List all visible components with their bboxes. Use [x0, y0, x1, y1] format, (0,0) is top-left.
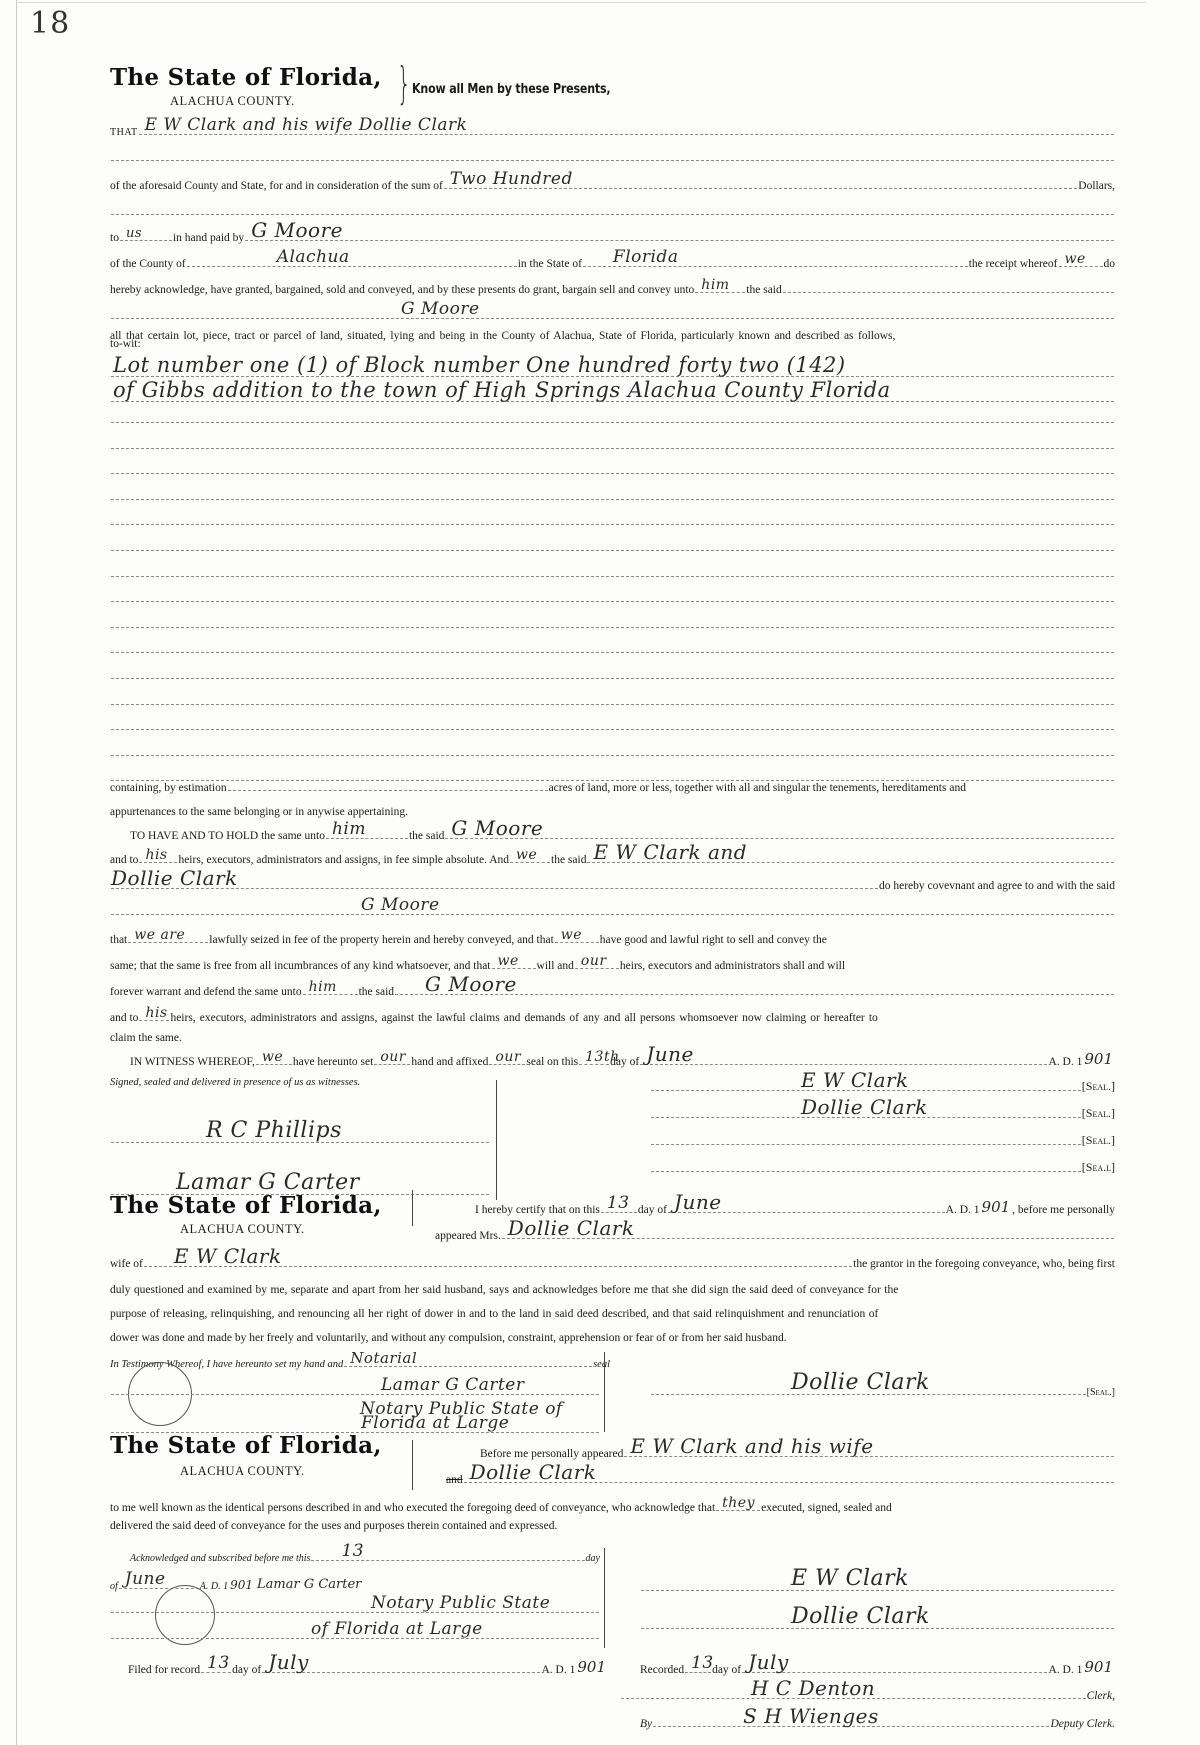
notary-brace [604, 1352, 605, 1432]
brace-3 [412, 1440, 413, 1490]
known-line: to me well known as the identical person… [110, 1494, 1115, 1514]
against-text: heirs, executors, administrators and ass… [170, 1012, 877, 1024]
wife-of-hw: E W Clark [174, 1246, 282, 1266]
the-said-label: the said [746, 284, 781, 296]
recorded-ad: A. D. 1 [1048, 1664, 1082, 1676]
joint-signature-line-2: Dollie Clark [640, 1612, 1115, 1632]
consideration-text: of the aforesaid County and State, for a… [110, 180, 443, 192]
blank-line [110, 406, 1115, 426]
forever-grantee-hw: G Moore [425, 974, 517, 994]
wife-day-hw: 13 [607, 1195, 630, 1212]
incumbrances-line: same; that the same is free from all inc… [110, 952, 1115, 972]
clerk-label: Clerk, [1087, 1690, 1115, 1702]
and-hw: we [516, 848, 537, 862]
joint-signature-1: E W Clark [791, 1568, 909, 1590]
grantor-sig-line-2: Dollie Clark [Seal.] [650, 1101, 1115, 1121]
will-and-text: will and [537, 960, 574, 972]
recorded-label: Recorded [640, 1664, 684, 1676]
ack-notary-line-3: of Florida at Large [110, 1622, 600, 1642]
grantee-line: G Moore [110, 302, 1115, 322]
containing-label: containing, by estimation [110, 782, 227, 794]
blank-line [110, 198, 1115, 218]
before-label: Before me personally appeared [480, 1448, 623, 1460]
wife-of-line: wife of E W Clark the grantor in the for… [110, 1250, 1115, 1270]
wife-year-hw: 901 [982, 1198, 1011, 1216]
covenantors-hw-1: E W Clark and [593, 842, 747, 862]
hand-label: hand and affixed [411, 1056, 488, 1068]
and-to-hw: his [145, 848, 167, 862]
ack-month-hw: June [125, 1571, 166, 1588]
same-hw-2: our [581, 954, 607, 968]
and-line: and Dollie Clark [446, 1466, 1115, 1486]
same-text: same; that the same is free from all inc… [110, 960, 491, 972]
sum-hw: Two Hundred [450, 171, 573, 188]
witness-day-hw: 13th [585, 1050, 619, 1064]
blank-line [110, 739, 1115, 759]
deputy-hw: S H Wienges [743, 1706, 879, 1726]
to-hw: us [126, 227, 142, 240]
blank-line [110, 144, 1115, 164]
brace-2 [412, 1190, 413, 1226]
heirs-shall-text: heirs, executors and administrators shal… [620, 960, 845, 972]
wife-body-line-3: dower was done and made by her freely an… [110, 1324, 1115, 1344]
witness-hw-1: we [262, 1050, 283, 1064]
recorded-line: Recorded 13 day of July A. D. 1 901 [640, 1656, 1115, 1676]
certify-text: I hereby certify that on this [475, 1204, 600, 1216]
recorded-year-hw: 901 [1084, 1658, 1113, 1676]
wife-body-text: duly questioned and examined by me, sepa… [110, 1284, 898, 1296]
wife-month-hw: June [674, 1192, 722, 1212]
grantor-signature-2: Dollie Clark [801, 1097, 928, 1117]
consideration-line: of the aforesaid County and State, for a… [110, 172, 1115, 192]
blank-line [110, 560, 1115, 580]
grantors-hw: E W Clark and his wife Dollie Clark [145, 117, 468, 134]
wife-of-label: wife of [110, 1258, 143, 1270]
to-wit-label: to-wit: [110, 338, 141, 350]
habendum-hw: him [332, 821, 366, 838]
joint-signature-line-1: E W Clark [640, 1574, 1115, 1594]
testimony-hw: Notarial [350, 1351, 417, 1366]
they-hw: they [722, 1496, 755, 1510]
blank-line [110, 457, 1115, 477]
covenantors-hw-2: Dollie Clark [111, 868, 238, 888]
grantor-sig-line-3: [Seal.] [650, 1128, 1115, 1148]
signed-text: Signed, sealed and delivered in presence… [110, 1077, 360, 1088]
covenant-text: do hereby covevnant and agree to and wit… [879, 880, 1115, 892]
delivered-line: delivered the said deed of conveyance fo… [110, 1512, 1115, 1532]
heirs-line: and to his heirs, executors, administrat… [110, 846, 1115, 866]
notary-line-1: Lamar G Carter [110, 1378, 600, 1398]
before-me-text: , before me personally [1012, 1204, 1115, 1216]
deputy-line: By S H Wienges Deputy Clerk. [640, 1710, 1115, 1730]
deputy-label: Deputy Clerk. [1050, 1718, 1115, 1730]
clerk-line: H C Denton Clerk, [620, 1682, 1115, 1702]
ack-year-hw: 901 [230, 1578, 253, 1592]
forever-text: forever warrant and defend the same unto [110, 986, 302, 998]
forever-hw: him [309, 980, 337, 994]
appeared-hw: Dollie Clark [508, 1218, 635, 1238]
grantee-hw: G Moore [251, 220, 343, 240]
claim-text: claim the same. [110, 1032, 182, 1044]
county-state-line: of the County of Alachua in the State of… [110, 250, 1115, 270]
blank-line [110, 611, 1115, 631]
to-wit-line: to-wit: [110, 334, 1115, 350]
that-hw-2: we [561, 928, 582, 942]
by-label: By [640, 1718, 652, 1730]
county-of-label: of the County of [110, 258, 186, 270]
state-of-label: in the State of [518, 258, 582, 270]
appurtenances-text: appurtenances to the same belonging or i… [110, 806, 408, 818]
covenantee-hw: G Moore [361, 897, 440, 914]
appeared-line: appeared Mrs. Dollie Clark [435, 1222, 1115, 1242]
habendum-said: the said [409, 830, 444, 842]
ack-line: Acknowledged and subscribed before me th… [130, 1544, 600, 1564]
and-to-hw-2: his [145, 1006, 167, 1020]
grantor-sig-line-1: E W Clark [Seal.] [650, 1074, 1115, 1094]
recorded-day-of: day of [712, 1664, 741, 1676]
notary-hw-1: Lamar G Carter [381, 1377, 524, 1394]
filed-day-hw: 13 [207, 1655, 230, 1672]
seal-label: [Seal.] [1087, 1387, 1115, 1398]
notary-line-2: Notary Public State of [110, 1398, 600, 1418]
paid-by-line: to us in hand paid by G Moore [110, 224, 1115, 244]
county-hw: Alachua [277, 249, 350, 266]
description-hw-1: Lot number one (1) of Block number One h… [113, 355, 846, 376]
description-line-1: Lot number one (1) of Block number One h… [110, 356, 1115, 380]
brace: } [397, 62, 411, 106]
acknowledge-text: hereby acknowledge, have granted, bargai… [110, 284, 694, 296]
receipt-hw: we [1065, 252, 1086, 266]
ad-label: A. D. 1 [946, 1204, 980, 1216]
habendum-label: TO HAVE AND TO HOLD the same unto [130, 830, 325, 842]
seized-text: lawfully seized in fee of the property h… [209, 934, 554, 946]
habendum-grantee-hw: G Moore [451, 818, 543, 838]
seal-label: [Seal.] [1082, 1079, 1115, 1094]
and-to-label: and to [110, 854, 138, 866]
day-of-label: day of [638, 1204, 667, 1216]
paid-by-label: in hand paid by [173, 232, 244, 244]
blank-line [110, 483, 1115, 503]
seal-word: seal [593, 1359, 610, 1370]
grantor-signature-1: E W Clark [801, 1070, 909, 1090]
clerk-hw: H C Denton [751, 1678, 875, 1698]
that-label: THAT [110, 127, 138, 138]
covenant-line: Dollie Clark do hereby covevnant and agr… [110, 872, 1115, 892]
forever-line: forever warrant and defend the same unto… [110, 978, 1115, 998]
that-label-2: that [110, 934, 127, 946]
blank-line [110, 508, 1115, 528]
habendum-line: TO HAVE AND TO HOLD the same unto him th… [110, 822, 1115, 842]
claim-line: claim the same. [110, 1024, 1115, 1044]
right-text: have good and lawful right to sell and c… [600, 934, 827, 946]
of-label: of [110, 1581, 118, 1592]
witness-line: IN WITNESS WHEREOF, we have hereunto set… [110, 1048, 1115, 1068]
unto-hw: him [701, 278, 729, 292]
and-label: and [446, 1474, 463, 1486]
ack-day-label: day [586, 1553, 600, 1564]
filed-year-hw: 901 [577, 1658, 606, 1676]
blank-line [110, 432, 1115, 452]
description-hw-2: of Gibbs addition to the town of High Sp… [113, 380, 891, 401]
witness-brace [496, 1080, 497, 1200]
page-number: 18 [30, 6, 70, 41]
county-label-3: ALACHUA COUNTY. [180, 1464, 305, 1479]
state-hw: Florida [613, 249, 679, 266]
covenantee-line: G Moore [110, 898, 1115, 918]
blank-line [110, 688, 1115, 708]
witness-hw-2: our [380, 1050, 406, 1064]
ack-notary-hw-3: of Florida at Large [311, 1621, 483, 1638]
before-me-line: Before me personally appeared E W Clark … [480, 1440, 1115, 1460]
signed-line: Signed, sealed and delivered in presence… [110, 1068, 530, 1088]
filed-day-of: day of [232, 1664, 261, 1676]
witness-year-hw: 901 [1084, 1050, 1113, 1068]
testimony-line: In Testimony Whereof, I have hereunto se… [110, 1350, 610, 1370]
seal-on-label: seal on this [526, 1056, 578, 1068]
state-title-3: The State of Florida, [110, 1432, 382, 1459]
seal-label: [Seal.] [1082, 1133, 1115, 1148]
containing-line: containing, by estimation acres of land,… [110, 774, 1115, 794]
presents-heading: Know all Men by these Presents, [412, 82, 610, 97]
blank-line [110, 534, 1115, 554]
grantors-line: THAT E W Clark and his wife Dollie Clark [110, 118, 1115, 138]
recorded-month-hw: July [748, 1652, 789, 1672]
recorded-day-hw: 13 [691, 1655, 714, 1672]
joint-signature-2: Dollie Clark [791, 1606, 930, 1628]
witness-month-hw: June [646, 1044, 694, 1064]
ack-day-hw: 13 [341, 1543, 364, 1560]
ack-label: Acknowledged and subscribed before me th… [130, 1553, 310, 1564]
heirs-text: heirs, executors, administrators and ass… [178, 854, 509, 866]
witness-signature-1: R C Phillips [206, 1120, 342, 1142]
blank-line [110, 585, 1115, 605]
left-margin-rule [16, 0, 17, 1745]
receipt-label: the receipt whereof [969, 258, 1058, 270]
ack-brace [604, 1548, 605, 1648]
blank-line [110, 636, 1115, 656]
seal-label: [Sea.l] [1082, 1160, 1115, 1175]
acres-text: acres of land, more or less, together wi… [549, 782, 966, 794]
acknowledge-line: hereby acknowledge, have granted, bargai… [110, 276, 1115, 296]
description-line-2: of Gibbs addition to the town of High Sp… [110, 381, 1115, 405]
witness-label: IN WITNESS WHEREOF, [130, 1056, 255, 1068]
forever-said: the said [359, 986, 394, 998]
certify-line: I hereby certify that on this 13 day of … [475, 1196, 1115, 1216]
filed-line: Filed for record 13 day of July A. D. 1 … [128, 1656, 608, 1676]
witness-hw-3: our [495, 1050, 521, 1064]
county-label: ALACHUA COUNTY. [170, 94, 295, 109]
joint-appeared2-hw: Dollie Clark [470, 1462, 597, 1482]
against-line: and to his heirs, executors, administrat… [110, 1004, 1115, 1024]
witness-signature-2: Lamar G Carter [176, 1172, 360, 1194]
ack-ad-label: A. D. 1 [200, 1581, 228, 1592]
state-title-2: The State of Florida, [110, 1192, 382, 1219]
do-label: do [1104, 258, 1116, 270]
ack-notary-hw-1: Lamar G Carter [257, 1577, 361, 1592]
filed-month-hw: July [268, 1652, 309, 1672]
wife-body-line-2: purpose of releasing, relinquishing, and… [110, 1300, 1115, 1320]
wife-body-text: purpose of releasing, relinquishing, and… [110, 1308, 878, 1320]
same-hw-1: we [498, 954, 519, 968]
wife-signature: Dollie Clark [791, 1372, 930, 1394]
to-label: to [110, 232, 119, 244]
wife-body-line-1: duly questioned and examined by me, sepa… [110, 1276, 1115, 1296]
top-margin-rule [16, 2, 1146, 3]
filed-label: Filed for record [128, 1664, 200, 1676]
state-title: The State of Florida, [110, 64, 382, 91]
blank-line [110, 662, 1115, 682]
seized-line: that we are lawfully seized in fee of th… [110, 926, 1115, 946]
joint-appeared-hw: E W Clark and his wife [630, 1436, 873, 1456]
ack-notary-hw-2: Notary Public State [371, 1595, 550, 1612]
appurtenances-line: appurtenances to the same belonging or i… [110, 798, 1115, 818]
said-label: the said [551, 854, 586, 866]
appeared-label: appeared Mrs. [435, 1230, 501, 1242]
set-label: have hereunto set [293, 1056, 373, 1068]
dollars-label: Dollars, [1078, 180, 1115, 192]
seal-label: [Seal.] [1082, 1106, 1115, 1121]
ack-notary-line-2: Notary Public State [110, 1596, 600, 1616]
and-to-label-2: and to [110, 1012, 138, 1024]
grantor-sig-line-4: [Sea.l] [650, 1155, 1115, 1175]
delivered-text: delivered the said deed of conveyance fo… [110, 1520, 557, 1532]
witness-sig-line-1: R C Phillips [110, 1126, 490, 1146]
wife-body-text: dower was done and made by her freely an… [110, 1332, 787, 1344]
ad-label: A. D. 1 [1048, 1056, 1082, 1068]
that-hw-1: we are [134, 928, 185, 942]
county-label-2: ALACHUA COUNTY. [180, 1222, 305, 1237]
notary-hw-3: Florida at Large [361, 1415, 509, 1432]
filed-ad: A. D. 1 [541, 1664, 575, 1676]
blank-line [110, 713, 1115, 733]
wife-signature-line: Dollie Clark [Seal.] [650, 1378, 1115, 1398]
grantee2-hw: G Moore [401, 301, 480, 318]
deed-record-page: 18 The State of Florida, ALACHUA COUNTY.… [0, 0, 1200, 1745]
grantor-text: the grantor in the foregoing conveyance,… [853, 1258, 1115, 1270]
